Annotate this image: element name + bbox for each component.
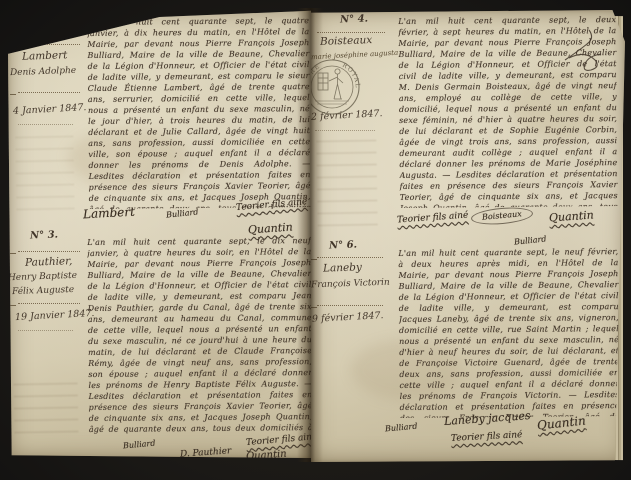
act-number: N° 4. [340, 14, 368, 26]
margin-name-surname: Boisteaux [320, 34, 373, 48]
signature-bulliard: Bulliard [385, 422, 418, 434]
margin-separator [315, 130, 375, 131]
signature-teorier: Teorier fils ainé [451, 430, 523, 444]
margin-name-firstnames: Denis Adolphe [10, 66, 76, 78]
ink-bleed-through [15, 135, 74, 216]
act-body-text: L'an mil huit cent quarante sept, le dix… [87, 235, 311, 435]
margin-separator [317, 305, 383, 306]
signature-quantin: Quantin [248, 220, 294, 236]
act-number: N° 3. [30, 230, 58, 242]
signature-bulliard: Bulliard [123, 439, 156, 451]
signature-quantin: Quantin [246, 449, 287, 458]
margin-date: 4 Janvier 1847. [13, 102, 87, 117]
margin-separator [18, 92, 80, 93]
stamp-figure [315, 69, 349, 104]
act-body-text: L'an mil huit cent quarante sept, le qua… [87, 15, 311, 209]
margin-separator [18, 124, 73, 125]
margin-separator [18, 330, 73, 331]
margin-separator [18, 303, 80, 304]
act-body-text: L'an mil huit cent quarante sept, le deu… [398, 14, 618, 208]
act-number: N° 2. [37, 22, 65, 34]
margin-name-firstnames: Henry Baptiste [8, 271, 77, 283]
timbre-royal-stamp: TIMBRE ROYAL [311, 56, 363, 118]
ink-bleed-through [13, 372, 78, 439]
stamp-text-right: ROYAL [341, 62, 361, 89]
act-number: N° 6. [329, 240, 357, 252]
signature-teorier: Teorier fils ainé [246, 432, 311, 448]
margin-name-surname: Pauthier, [25, 255, 73, 269]
signature-teorier: Teorier fils ainé [397, 211, 469, 226]
margin-separator [18, 251, 80, 252]
margin-name-surname: Laneby [323, 261, 362, 274]
register-photograph: N° 2. Lambert Denis Adolphe 4 Janvier 18… [0, 0, 631, 480]
margin-date: 9 février 1847. [312, 310, 384, 325]
margin-separator [317, 32, 385, 33]
margin-separator [18, 44, 80, 45]
margin-name-firstnames: Félix Auguste [12, 285, 74, 297]
margin-name-firstnames: François Victorin [311, 278, 390, 291]
signature-bulliard: Bulliard [166, 207, 199, 219]
margin-name-surname: Lambert [22, 49, 68, 63]
margin-date: 19 Janvier 1847. [15, 308, 95, 323]
register-page-left: N° 2. Lambert Denis Adolphe 4 Janvier 18… [8, 8, 311, 458]
margin-separator [317, 257, 383, 258]
signature-quantin: Quantin [549, 208, 595, 224]
signature-lambert: Lambert [83, 205, 136, 222]
signature-boisteaux: Boisteaux [470, 205, 533, 226]
svg-text:ROYAL: ROYAL [341, 62, 361, 89]
ink-bleed-through [316, 131, 378, 232]
signature-pauthier: D. Pauthier [180, 446, 232, 458]
signature-bulliard: Bulliard [514, 234, 547, 246]
register-page-right: TIMBRE ROYAL N° 4. Boisteaux m [311, 10, 625, 462]
act-body-text: L'an mil huit cent quarante sept, le neu… [398, 246, 619, 418]
